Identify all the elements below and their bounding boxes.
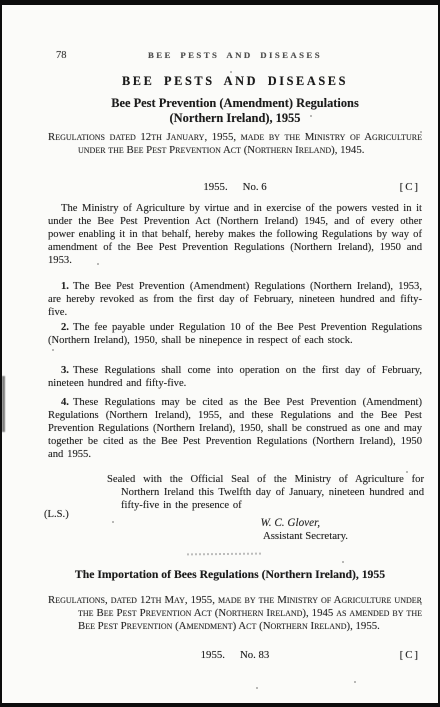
regulation-paragraph-3: 3.These Regulations shall come into oper…	[48, 364, 422, 390]
signature-title: Assistant Secretary.	[2, 530, 348, 542]
paragraph-number: 2.	[61, 322, 73, 333]
copyright-mark: [C]	[400, 181, 420, 193]
scan-edge-artifact	[2, 376, 5, 432]
regulation-title: Bee Pest Prevention (Amendment) Regulati…	[48, 96, 422, 125]
scan-speckle	[256, 687, 258, 689]
regulation-preamble: Regulations dated 12th January, 1955, ma…	[48, 131, 422, 157]
copyright-mark: [C]	[400, 649, 420, 661]
si-year: 1955.	[201, 649, 225, 661]
scan-speckle	[342, 561, 344, 563]
regulation-paragraph-2: 2.The fee payable under Regulation 10 of…	[48, 321, 422, 347]
scan-speckle	[420, 603, 422, 605]
si-year: 1955.	[203, 181, 227, 193]
paragraph-text: These Regulations shall come into operat…	[48, 365, 422, 389]
regulation-title-line2: (Northern Ireland), 1955	[48, 111, 422, 126]
scan-speckle	[52, 349, 54, 351]
paragraph-text: These Regulations may be cited as the Be…	[48, 397, 422, 460]
separator-rule	[187, 553, 261, 557]
scan-speckle	[406, 471, 408, 473]
scan-speckle	[230, 71, 232, 73]
si-number-line: 1955.No. 6 [C]	[48, 181, 422, 193]
regulation-paragraph-1: 1.The Bee Pest Prevention (Amendment) Re…	[48, 280, 422, 319]
scan-speckle	[420, 131, 422, 133]
scan-speckle	[97, 263, 99, 265]
sealed-clause: Sealed with the Official Seal of the Min…	[121, 473, 424, 512]
paragraph-text: The Bee Pest Prevention (Amendment) Regu…	[48, 281, 422, 318]
scan-speckle	[310, 115, 312, 117]
regulation-paragraph-4: 4.These Regulations may be cited as the …	[48, 396, 422, 461]
regulation-title-line1: Bee Pest Prevention (Amendment) Regulati…	[48, 96, 422, 111]
si-number: No. 6	[243, 181, 267, 193]
running-head: BEE PESTS AND DISEASES	[48, 50, 422, 60]
enacting-paragraph: The Ministry of Agriculture by virtue an…	[48, 202, 422, 267]
scan-frame: 78 BEE PESTS AND DISEASES BEE PESTS AND …	[0, 0, 440, 707]
second-regulation-preamble: Regulations, dated 12th May, 1955, made …	[48, 594, 422, 634]
paragraph-number: 1.	[61, 281, 73, 292]
section-heading: BEE PESTS AND DISEASES	[48, 74, 422, 89]
paragraph-number: 3.	[61, 365, 73, 376]
running-head-row: 78 BEE PESTS AND DISEASES	[48, 50, 422, 60]
document-page: 78 BEE PESTS AND DISEASES BEE PESTS AND …	[2, 5, 438, 703]
scan-speckle	[112, 521, 114, 523]
si-number: No. 83	[240, 649, 269, 661]
scan-speckle	[354, 681, 356, 683]
second-si-number-line: 1955.No. 83 [C]	[48, 649, 422, 661]
page-number: 78	[56, 50, 67, 61]
paragraph-text: The fee payable under Regulation 10 of t…	[48, 322, 422, 346]
signature-name: W. C. Glover,	[2, 517, 320, 529]
second-regulation-title: The Importation of Bees Regulations (Nor…	[32, 568, 428, 581]
paragraph-number: 4.	[61, 397, 73, 408]
